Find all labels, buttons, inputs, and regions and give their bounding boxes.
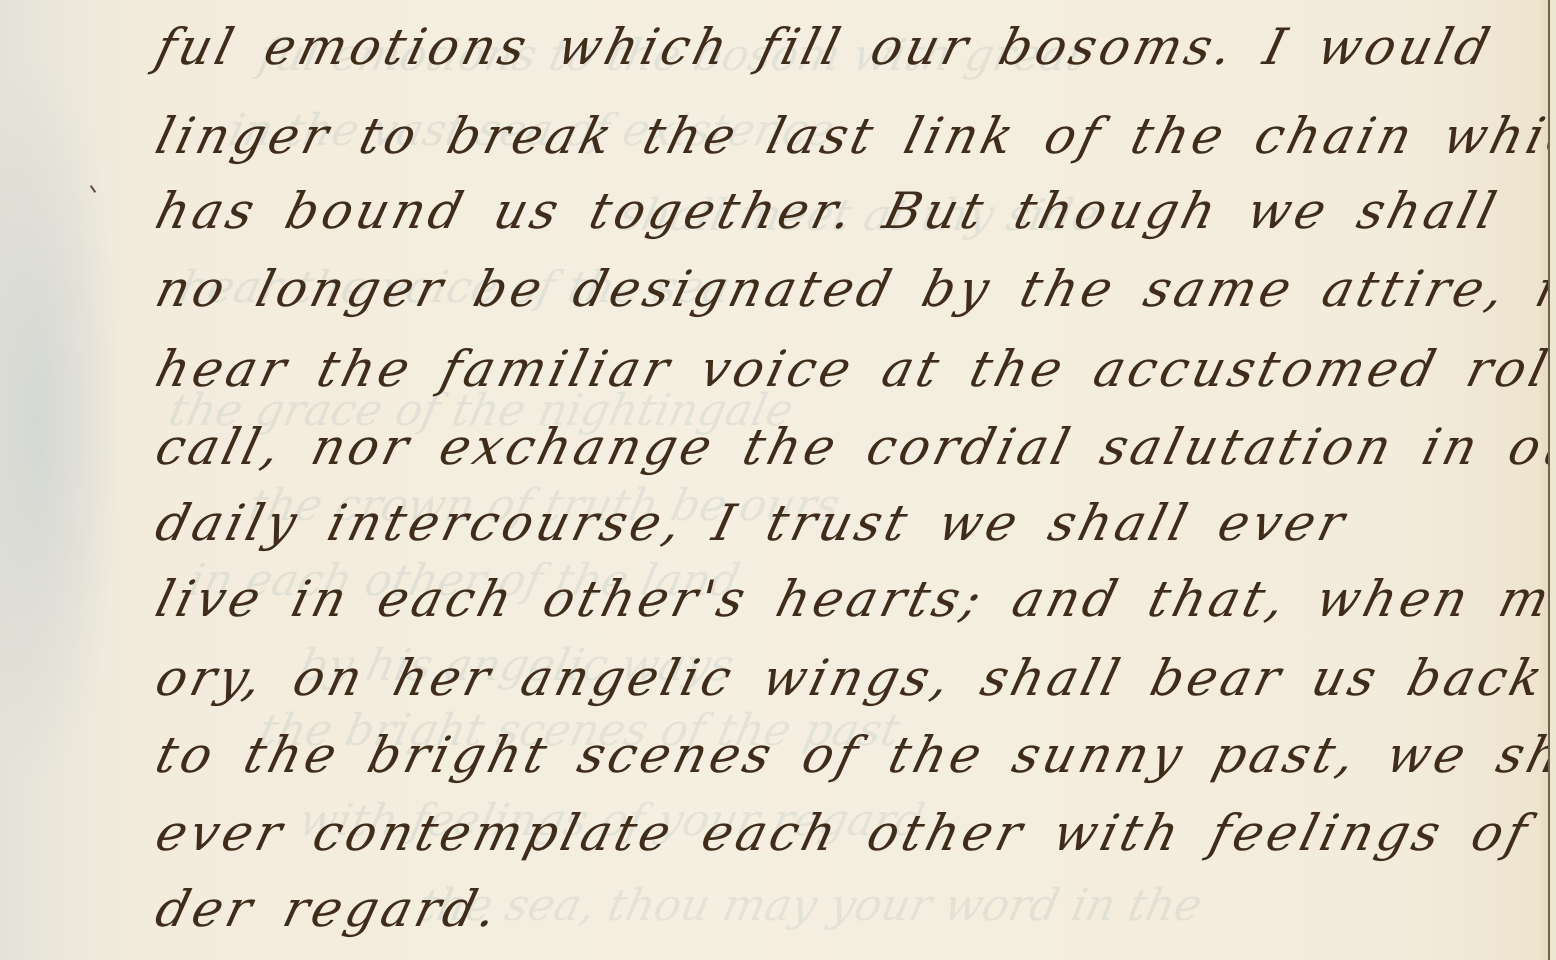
manuscript-line-4: no longer be designated by the same atti… [150,260,1556,318]
manuscript-line-3: has bound us together. But though we sha… [150,182,1506,240]
manuscript-line-6: call, nor exchange the cordial salutatio… [150,418,1556,476]
manuscript-line-10: to the bright scenes of the sunny past, … [150,726,1556,784]
manuscript-line-7: daily intercourse, I trust we shall ever [150,494,1354,552]
manuscript-line-5: hear the familiar voice at the accustome… [150,340,1556,398]
manuscript-line-11: ever contemplate each other with feeling… [150,804,1556,862]
page-edge-margin [1550,0,1556,960]
manuscript-line-8: live in each other's hearts; and that, w… [150,570,1556,628]
ink-speck [90,185,96,193]
manuscript-line-2: linger to break the last link of the cha… [150,107,1556,165]
manuscript-line-1: ful emotions which fill our bosoms. I wo… [150,18,1499,76]
bleed-line: the sea, thou may your word in the [415,880,1207,931]
manuscript-line-9: ory, on her angelic wings, shall bear us… [150,649,1552,707]
manuscript-page: ful emotions to the bosom with great in … [0,0,1556,960]
manuscript-line-12: der regard. [150,880,507,938]
